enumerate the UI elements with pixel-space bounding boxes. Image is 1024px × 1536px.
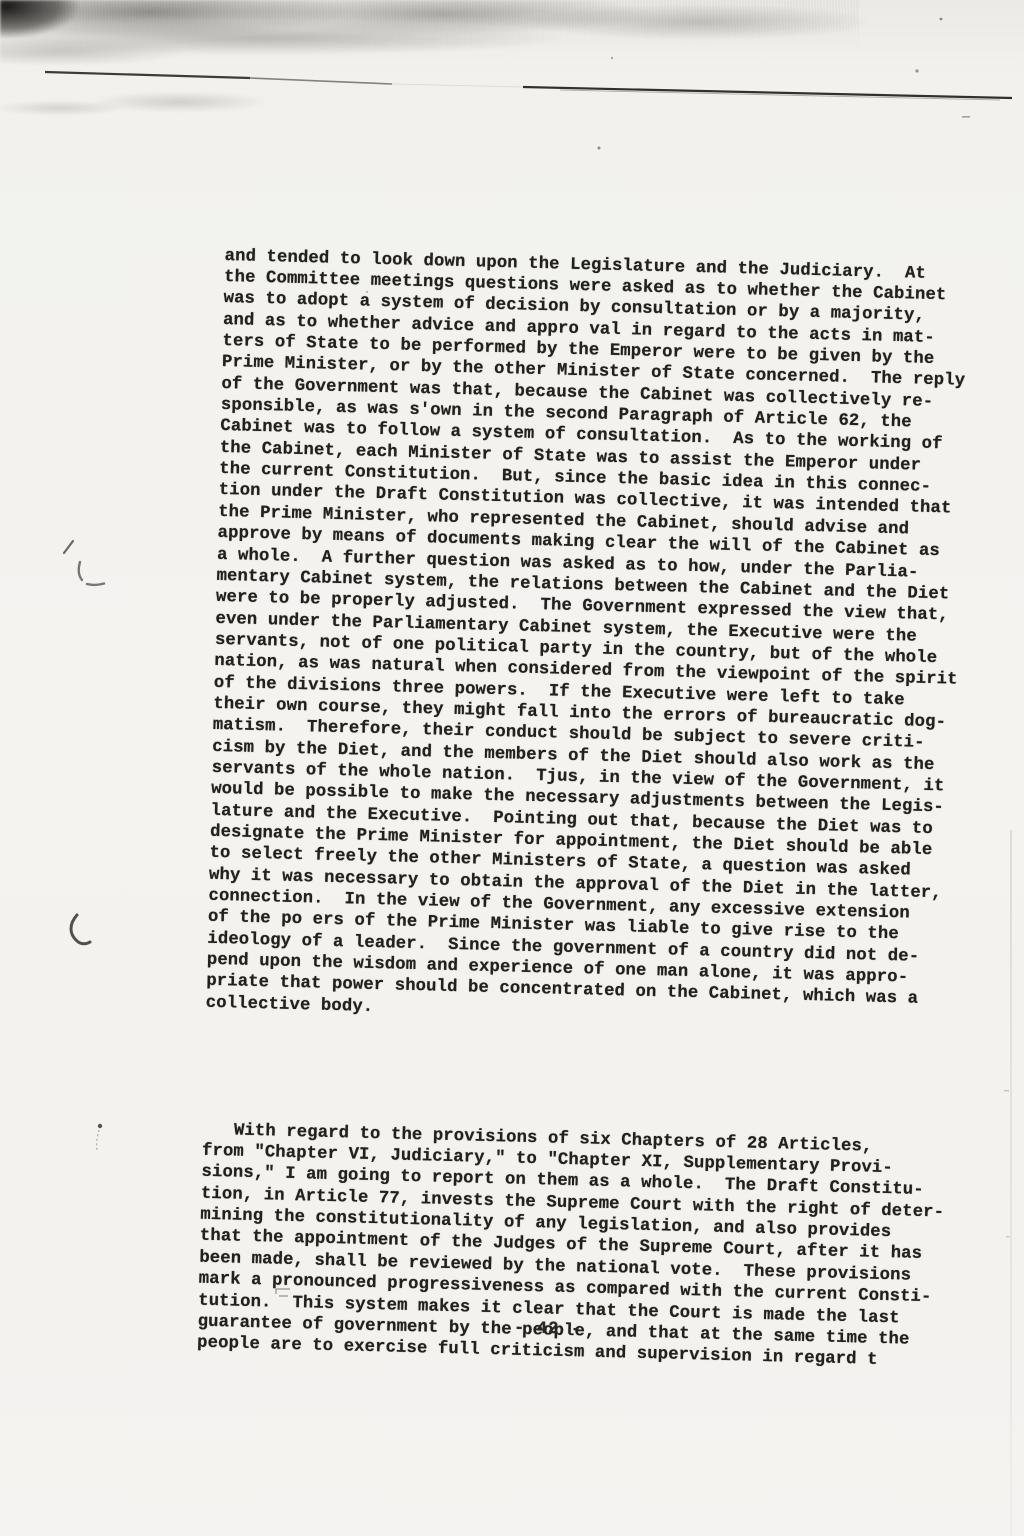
margin-bracket-mark [79, 562, 104, 585]
speck [940, 18, 943, 21]
margin-slash-mark [64, 541, 73, 553]
ruled-line-right [523, 87, 1012, 98]
speck [598, 147, 601, 150]
speck [915, 69, 918, 72]
margin-ink-trail [97, 1130, 99, 1150]
margin-ink-dot [98, 1124, 102, 1128]
ruled-line-left-fade [250, 78, 392, 84]
body-paragraph-1: and tended to look down upon the Legisla… [205, 246, 1024, 1035]
speck [611, 57, 613, 59]
typewritten-text-block: and tended to look down upon the Legisla… [196, 203, 1024, 1417]
ruled-line-left [45, 72, 250, 78]
scanned-document-page: and tended to look down upon the Legisla… [0, 0, 1024, 1536]
ruled-line-gap [392, 84, 523, 87]
speck-dash [962, 116, 970, 118]
margin-paren-mark [71, 915, 90, 944]
page-number: - 42 - [514, 1319, 583, 1340]
ruled-line-right-shadow [560, 90, 1000, 100]
body-paragraph-2: With regard to the provisions of six Cha… [197, 1119, 1013, 1374]
